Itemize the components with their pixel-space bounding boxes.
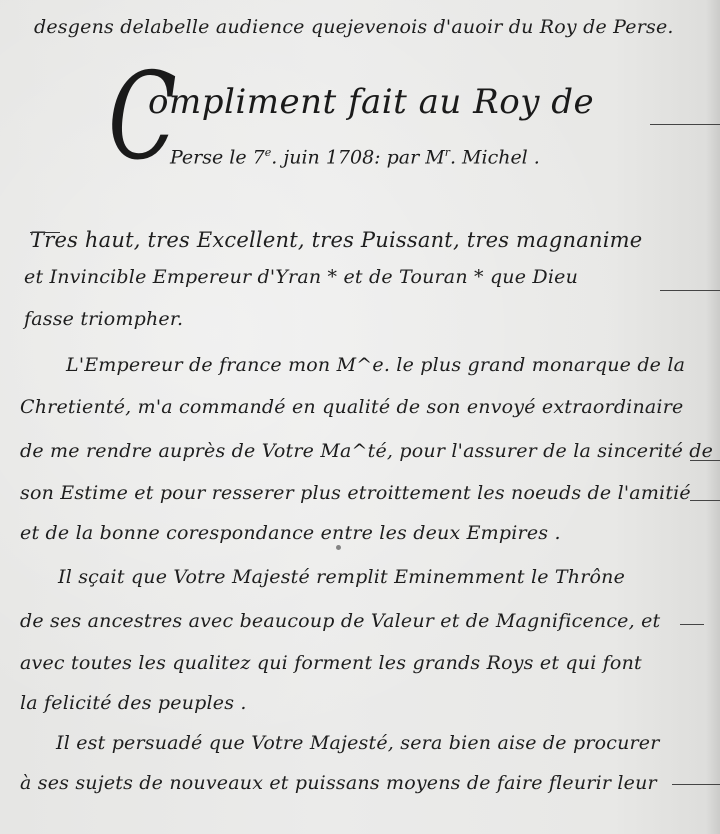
salutation-line-2-tail [660, 290, 720, 291]
para3-line-2-tail [672, 784, 720, 785]
salutation-line-3: fasse triompher. [24, 308, 183, 330]
subtitle-author: . Michel . [450, 146, 540, 168]
subtitle-date-prefix: Perse le 7 [170, 146, 265, 168]
para1-line-4: son Estime et pour resserer plus etroitt… [20, 482, 691, 504]
ink-blot [336, 545, 341, 550]
heading-line-flourish [650, 124, 720, 125]
subtitle-date-mid: . juin 1708: par M [271, 146, 444, 168]
para1-line-3-tail [690, 460, 720, 461]
heading-title: ompliment fait au Roy de [148, 82, 594, 122]
para2-line-2: de ses ancestres avec beaucoup de Valeur… [20, 610, 660, 632]
manuscript-page: desgens delabelle audience quejevenois d… [0, 0, 720, 834]
para2-line-1: Il sçait que Votre Majesté remplit Emine… [58, 566, 625, 588]
para2-line-3: avec toutes les qualitez qui forment les… [20, 652, 642, 674]
para3-line-2: à ses sujets de nouveaux et puissans moy… [20, 772, 657, 794]
salutation-line-2: et Invincible Empereur d'Yran * et de To… [24, 266, 578, 288]
heading-subtitle: Perse le 7e. juin 1708: par Mr. Michel . [170, 146, 540, 168]
para1-line-4-tail [690, 500, 720, 501]
salutation-line-1: Tres haut, tres Excellent, tres Puissant… [30, 228, 642, 252]
para1-line-1: L'Empereur de france mon M^e. le plus gr… [66, 354, 685, 376]
salutation-flourish [30, 232, 60, 233]
para1-line-5: et de la bonne corespondance entre les d… [20, 522, 561, 544]
para1-line-2: Chretienté, m'a commandé en qualité de s… [20, 396, 683, 418]
para3-line-1: Il est persuadé que Votre Majesté, sera … [56, 732, 660, 754]
page-edge-shadow [706, 0, 720, 834]
para2-line-4: la felicité des peuples . [20, 692, 247, 714]
para1-line-3: de me rendre auprès de Votre Ma^té, pour… [20, 440, 713, 462]
para2-line-2-tail [680, 624, 704, 625]
preceding-line: desgens delabelle audience quejevenois d… [34, 16, 674, 38]
